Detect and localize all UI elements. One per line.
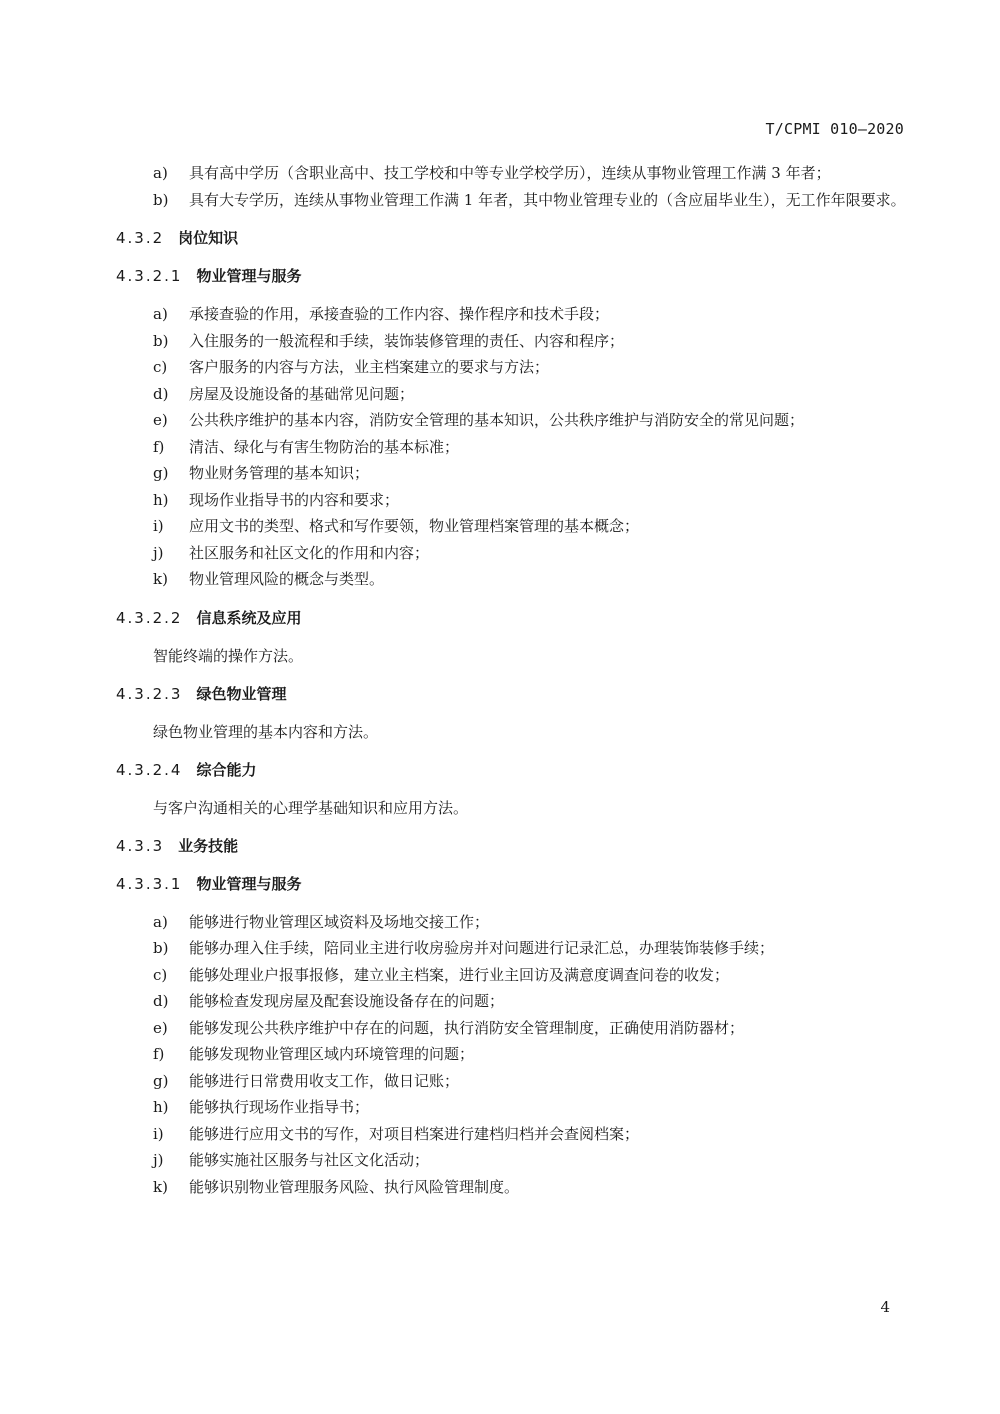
item-text: 能够识别物业管理服务风险、执行风险管理制度。 bbox=[189, 1174, 906, 1201]
item-text: 能够进行物业管理区域资料及场地交接工作； bbox=[189, 909, 906, 936]
list-item: c)客户服务的内容与方法，业主档案建立的要求与方法； bbox=[116, 354, 906, 381]
item-label: c) bbox=[153, 354, 167, 381]
list-item: f)能够发现物业管理区域内环境管理的问题； bbox=[116, 1041, 906, 1068]
list-item: b)具有大专学历，连续从事物业管理工作满 1 年者，其中物业管理专业的（含应届毕… bbox=[116, 187, 906, 214]
item-label: g) bbox=[153, 1068, 168, 1095]
item-text: 能够进行日常费用收支工作，做日记账； bbox=[189, 1068, 906, 1095]
knowledge-list: a)承接查验的作用，承接查验的工作内容、操作程序和技术手段； b)入住服务的一般… bbox=[116, 301, 906, 593]
section-heading-4-3-2-1: 4.3.2.1物业管理与服务 bbox=[116, 263, 906, 289]
page-content: a)具有高中学历（含职业高中、技工学校和中等专业学校学历），连续从事物业管理工作… bbox=[116, 160, 906, 1200]
item-text: 具有高中学历（含职业高中、技工学校和中等专业学校学历），连续从事物业管理工作满 … bbox=[189, 160, 906, 187]
list-item: a)能够进行物业管理区域资料及场地交接工作； bbox=[116, 909, 906, 936]
document-id: T/CPMI 010—2020 bbox=[766, 120, 904, 138]
section-title: 物业管理与服务 bbox=[196, 263, 301, 289]
list-item: h)现场作业指导书的内容和要求； bbox=[116, 487, 906, 514]
item-label: j) bbox=[153, 540, 164, 567]
item-label: k) bbox=[153, 566, 168, 593]
item-text: 现场作业指导书的内容和要求； bbox=[189, 487, 906, 514]
item-text: 清洁、绿化与有害生物防治的基本标准； bbox=[189, 434, 906, 461]
item-label: f) bbox=[153, 434, 164, 461]
list-item: d)能够检查发现房屋及配套设施设备存在的问题； bbox=[116, 988, 906, 1015]
section-title: 绿色物业管理 bbox=[196, 681, 286, 707]
item-label: e) bbox=[153, 1015, 168, 1042]
item-text: 能够执行现场作业指导书； bbox=[189, 1094, 906, 1121]
section-title: 业务技能 bbox=[178, 833, 238, 859]
list-item: k)物业管理风险的概念与类型。 bbox=[116, 566, 906, 593]
list-item: b)能够办理入住手续，陪同业主进行收房验房并对问题进行记录汇总，办理装饰装修手续… bbox=[116, 935, 906, 962]
section-paragraph: 智能终端的操作方法。 bbox=[116, 643, 906, 669]
section-heading-4-3-2-4: 4.3.2.4综合能力 bbox=[116, 757, 906, 783]
list-item: i)能够进行应用文书的写作，对项目档案进行建档归档并会查阅档案； bbox=[116, 1121, 906, 1148]
page-number: 4 bbox=[880, 1298, 890, 1316]
section-number: 4.3.3.1 bbox=[116, 871, 182, 897]
item-text: 能够实施社区服务与社区文化活动； bbox=[189, 1147, 906, 1174]
item-text: 物业管理风险的概念与类型。 bbox=[189, 566, 906, 593]
section-heading-4-3-3: 4.3.3业务技能 bbox=[116, 833, 906, 859]
item-label: i) bbox=[153, 513, 164, 540]
item-text: 客户服务的内容与方法，业主档案建立的要求与方法； bbox=[189, 354, 906, 381]
list-item: g)能够进行日常费用收支工作，做日记账； bbox=[116, 1068, 906, 1095]
list-item: a)承接查验的作用，承接查验的工作内容、操作程序和技术手段； bbox=[116, 301, 906, 328]
list-item: a)具有高中学历（含职业高中、技工学校和中等专业学校学历），连续从事物业管理工作… bbox=[116, 160, 906, 187]
item-label: g) bbox=[153, 460, 168, 487]
section-paragraph: 与客户沟通相关的心理学基础知识和应用方法。 bbox=[116, 795, 906, 821]
item-text: 能够发现物业管理区域内环境管理的问题； bbox=[189, 1041, 906, 1068]
item-text: 能够检查发现房屋及配套设施设备存在的问题； bbox=[189, 988, 906, 1015]
list-item: e)公共秩序维护的基本内容，消防安全管理的基本知识，公共秩序维护与消防安全的常见… bbox=[116, 407, 906, 434]
item-text: 物业财务管理的基本知识； bbox=[189, 460, 906, 487]
section-number: 4.3.2.3 bbox=[116, 681, 182, 707]
section-heading-4-3-2-3: 4.3.2.3绿色物业管理 bbox=[116, 681, 906, 707]
section-heading-4-3-2-2: 4.3.2.2信息系统及应用 bbox=[116, 605, 906, 631]
item-text: 具有大专学历，连续从事物业管理工作满 1 年者，其中物业管理专业的（含应届毕业生… bbox=[189, 187, 906, 214]
list-item: h)能够执行现场作业指导书； bbox=[116, 1094, 906, 1121]
section-heading-4-3-3-1: 4.3.3.1物业管理与服务 bbox=[116, 871, 906, 897]
item-label: a) bbox=[153, 301, 168, 328]
list-item: i)应用文书的类型、格式和写作要领，物业管理档案管理的基本概念； bbox=[116, 513, 906, 540]
item-label: h) bbox=[153, 1094, 169, 1121]
skills-list: a)能够进行物业管理区域资料及场地交接工作； b)能够办理入住手续，陪同业主进行… bbox=[116, 909, 906, 1201]
section-number: 4.3.2.2 bbox=[116, 605, 182, 631]
section-title: 综合能力 bbox=[196, 757, 256, 783]
item-label: d) bbox=[153, 988, 168, 1015]
item-label: k) bbox=[153, 1174, 168, 1201]
section-number: 4.3.2 bbox=[116, 225, 164, 251]
list-item: b)入住服务的一般流程和手续，装饰装修管理的责任、内容和程序； bbox=[116, 328, 906, 355]
section-number: 4.3.3 bbox=[116, 833, 164, 859]
item-label: b) bbox=[153, 187, 168, 214]
section-paragraph: 绿色物业管理的基本内容和方法。 bbox=[116, 719, 906, 745]
intro-list: a)具有高中学历（含职业高中、技工学校和中等专业学校学历），连续从事物业管理工作… bbox=[116, 160, 906, 213]
item-text: 公共秩序维护的基本内容，消防安全管理的基本知识，公共秩序维护与消防安全的常见问题… bbox=[189, 407, 906, 434]
item-label: h) bbox=[153, 487, 169, 514]
item-text: 社区服务和社区文化的作用和内容； bbox=[189, 540, 906, 567]
section-number: 4.3.2.4 bbox=[116, 757, 182, 783]
list-item: k)能够识别物业管理服务风险、执行风险管理制度。 bbox=[116, 1174, 906, 1201]
item-label: d) bbox=[153, 381, 168, 408]
item-text: 入住服务的一般流程和手续，装饰装修管理的责任、内容和程序； bbox=[189, 328, 906, 355]
section-number: 4.3.2.1 bbox=[116, 263, 182, 289]
item-text: 承接查验的作用，承接查验的工作内容、操作程序和技术手段； bbox=[189, 301, 906, 328]
list-item: f)清洁、绿化与有害生物防治的基本标准； bbox=[116, 434, 906, 461]
section-heading-4-3-2: 4.3.2岗位知识 bbox=[116, 225, 906, 251]
item-label: b) bbox=[153, 328, 168, 355]
item-label: a) bbox=[153, 160, 168, 187]
item-text: 应用文书的类型、格式和写作要领，物业管理档案管理的基本概念； bbox=[189, 513, 906, 540]
item-label: b) bbox=[153, 935, 168, 962]
list-item: e)能够发现公共秩序维护中存在的问题，执行消防安全管理制度，正确使用消防器材； bbox=[116, 1015, 906, 1042]
item-label: i) bbox=[153, 1121, 164, 1148]
list-item: d)房屋及设施设备的基础常见问题； bbox=[116, 381, 906, 408]
item-label: c) bbox=[153, 962, 167, 989]
item-label: f) bbox=[153, 1041, 164, 1068]
item-text: 能够处理业户报事报修，建立业主档案，进行业主回访及满意度调查问卷的收发； bbox=[189, 962, 906, 989]
item-label: e) bbox=[153, 407, 168, 434]
item-text: 能够发现公共秩序维护中存在的问题，执行消防安全管理制度，正确使用消防器材； bbox=[189, 1015, 906, 1042]
list-item: c)能够处理业户报事报修，建立业主档案，进行业主回访及满意度调查问卷的收发； bbox=[116, 962, 906, 989]
section-title: 岗位知识 bbox=[178, 225, 238, 251]
section-title: 信息系统及应用 bbox=[196, 605, 301, 631]
list-item: g)物业财务管理的基本知识； bbox=[116, 460, 906, 487]
item-label: a) bbox=[153, 909, 168, 936]
section-title: 物业管理与服务 bbox=[196, 871, 301, 897]
item-text: 房屋及设施设备的基础常见问题； bbox=[189, 381, 906, 408]
item-label: j) bbox=[153, 1147, 164, 1174]
item-text: 能够进行应用文书的写作，对项目档案进行建档归档并会查阅档案； bbox=[189, 1121, 906, 1148]
list-item: j)能够实施社区服务与社区文化活动； bbox=[116, 1147, 906, 1174]
item-text: 能够办理入住手续，陪同业主进行收房验房并对问题进行记录汇总，办理装饰装修手续； bbox=[189, 935, 906, 962]
list-item: j)社区服务和社区文化的作用和内容； bbox=[116, 540, 906, 567]
